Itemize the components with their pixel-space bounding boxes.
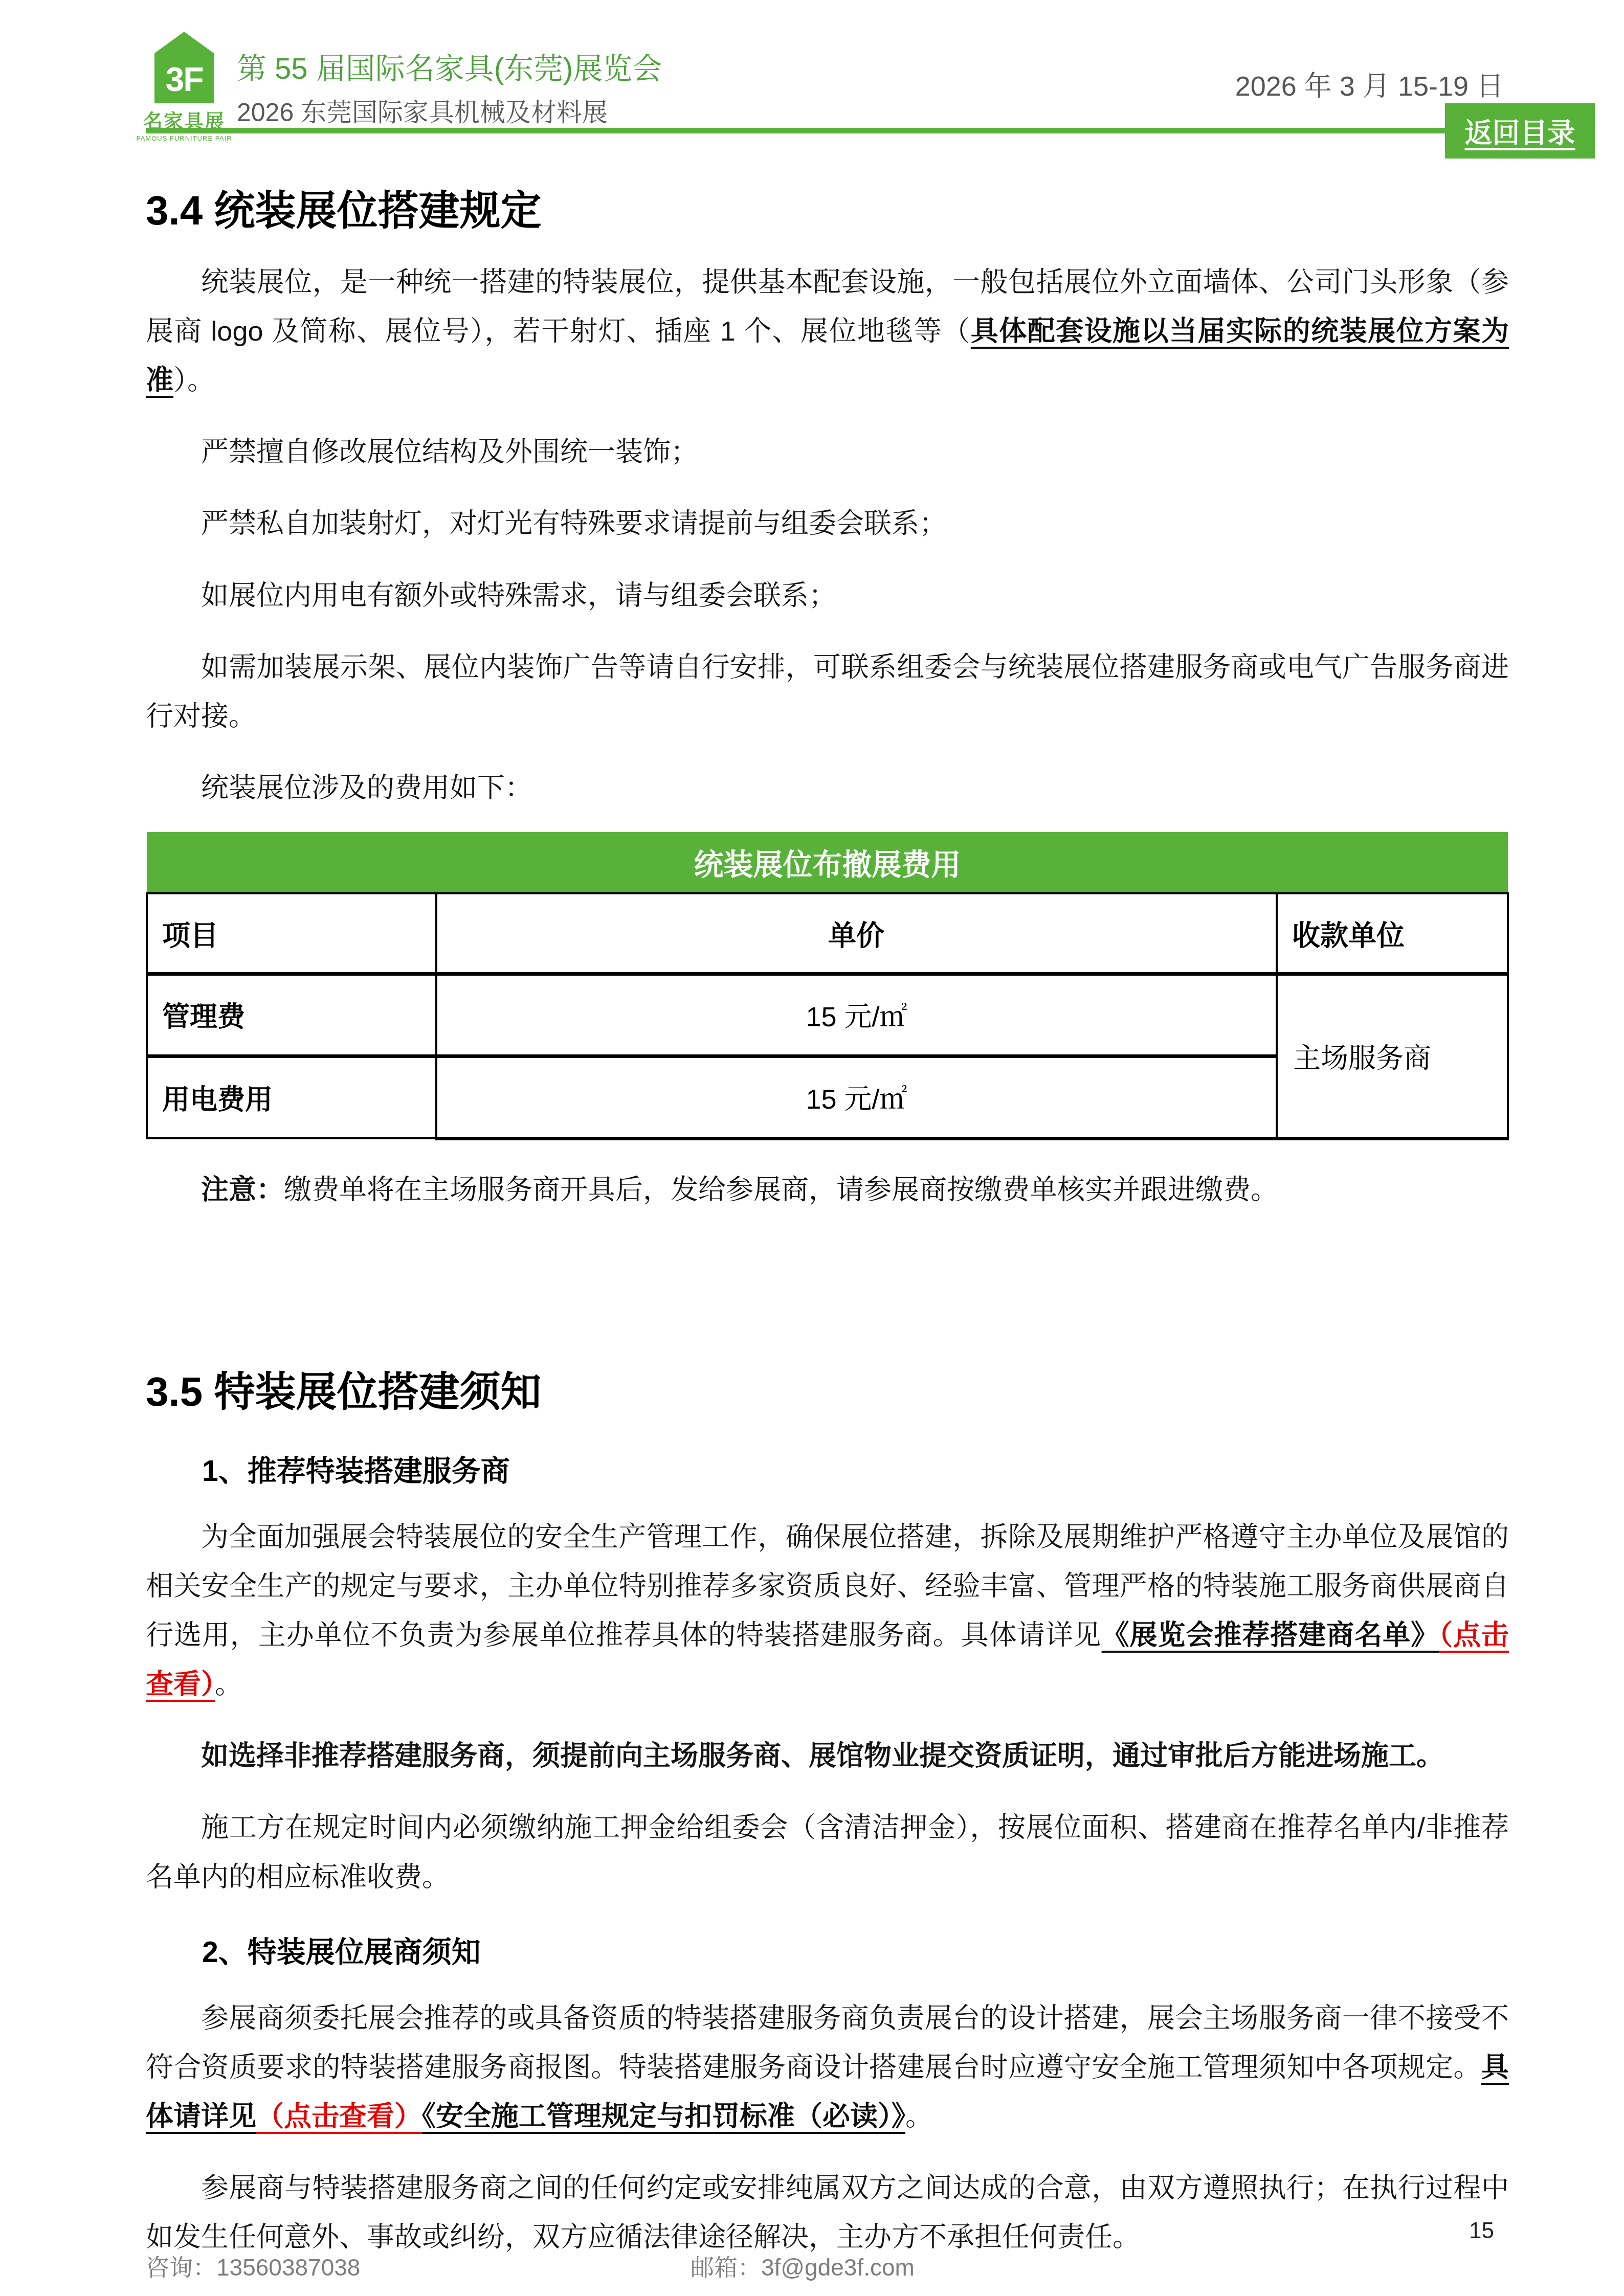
s35-paragraph-1: 为全面加强展会特装展位的安全生产管理工作，确保展位搭建，拆除及展期维护严格遵守主… [146,1513,1509,1709]
fee-table: 统装展位布撤展费用 项目 单价 收款单位 管理费 15 元/㎡ 主场服务商 用电… [146,832,1509,1140]
s35-p4-text: 参展商须委托展会推荐的或具备资质的特装搭建服务商负责展台的设计搭建，展会主场服务… [146,2003,1509,2083]
logo-mark: 3F [165,62,203,96]
fee-row2-price: 15 元/㎡ [436,1056,1277,1138]
s35-subheading-1: 1、推荐特装搭建服务商 [202,1452,1509,1490]
brand-block: 3F 名家具展 FAMOUS FURNITURE FAIR 第 55 届国际名家… [146,32,662,142]
recommended-builder-list-link[interactable]: 《展览会推荐搭建商名单》 [1102,1620,1439,1651]
main-content: 3.4 统装展位搭建规定 统装展位，是一种统一搭建的特装展位，提供基本配套设施，… [146,186,1509,2262]
page: 3F 名家具展 FAMOUS FURNITURE FAIR 第 55 届国际名家… [0,0,1624,2296]
fee-payee-cell: 主场服务商 [1277,974,1508,1138]
s34-paragraph-1: 统装展位，是一种统一搭建的特装展位，提供基本配套设施，一般包括展位外立面墙体、公… [146,258,1509,405]
s34-paragraph-2: 严禁擅自修改展位结构及外围统一装饰； [146,427,1509,477]
s34-paragraph-5: 如需加装展示架、展位内装饰广告等请自行安排，可联系组委会与统装展位搭建服务商或电… [146,643,1509,741]
page-number: 15 [1469,2218,1494,2244]
safety-rules-doc-link[interactable]: 《安全施工管理规定与扣罚标准（必读）》 [422,2101,905,2132]
fee-row2-item: 用电费用 [147,1056,436,1138]
click-to-view-link-2[interactable]: （点击查看） [256,2101,422,2132]
footer-phone: 咨询：13560387038 [146,2249,360,2283]
fair-date: 2026 年 3 月 15-19 日 [1235,32,1504,104]
fee-row1-item: 管理费 [147,974,436,1056]
s35-paragraph-3: 施工方在规定时间内必须缴纳施工押金给组委会（含清洁押金），按展位面积、搭建商在推… [146,1803,1509,1901]
logo-name-en: FAMOUS FURNITURE FAIR [136,134,232,142]
s34-p1-end: ）。 [173,365,215,396]
fee-table-col-payee: 收款单位 [1277,893,1508,974]
s34-paragraph-6: 统装展位涉及的费用如下： [146,763,1509,813]
s35-paragraph-4: 参展商须委托展会推荐的或具备资质的特装搭建服务商负责展台的设计搭建，展会主场服务… [146,1994,1509,2141]
back-to-contents-label: 返回目录 [1465,111,1575,151]
s35-paragraph-5: 参展商与特装搭建服务商之间的任何约定或安排纯属双方之间达成的合意，由双方遵照执行… [146,2164,1509,2262]
fee-table-col-item: 项目 [147,893,436,974]
s34-paragraph-4: 如展位内用电有额外或特殊需求，请与组委会联系； [146,571,1509,620]
footer-email: 邮箱：3f@gde3f.com [691,2249,915,2283]
house-logo-icon: 3F [154,32,214,103]
s35-subheading-2: 2、特装展位展商须知 [202,1933,1509,1971]
back-to-contents-button[interactable]: 返回目录 [1445,103,1595,159]
section-3-5-heading: 3.5 特装展位搭建须知 [146,1367,1509,1416]
fair-title: 第 55 届国际名家具(东莞)展览会 [237,49,662,89]
fee-table-col-price: 单价 [436,893,1277,974]
fee-table-title: 统装展位布撤展费用 [147,832,1508,893]
s35-paragraph-2-bold: 如选择非推荐搭建服务商，须提前向主场服务商、展馆物业提交资质证明，通过审批后方能… [146,1731,1509,1781]
fee-note-text: 缴费单将在主场服务商开具后，发给参展商，请参展商按缴费单核实并跟进缴费。 [284,1175,1278,1205]
fee-row1-price: 15 元/㎡ [436,974,1277,1056]
page-header: 3F 名家具展 FAMOUS FURNITURE FAIR 第 55 届国际名家… [0,0,1624,142]
fee-note: 注意：缴费单将在主场服务商开具后，发给参展商，请参展商按缴费单核实并跟进缴费。 [146,1167,1509,1214]
s35-p1-end: 。 [215,1669,242,1700]
table-row: 管理费 15 元/㎡ 主场服务商 [147,974,1508,1056]
s35-p4-end: 。 [905,2101,933,2132]
fair-subtitle: 2026 东莞国际家具机械及材料展 [237,96,662,129]
s34-paragraph-3: 严禁私自加装射灯，对灯光有特殊要求请提前与组委会联系； [146,499,1509,548]
fee-note-label: 注意： [201,1175,284,1205]
header-divider [146,128,1455,133]
fair-logo: 3F 名家具展 FAMOUS FURNITURE FAIR [146,32,223,142]
section-3-4-heading: 3.4 统装展位搭建规定 [146,186,1509,235]
